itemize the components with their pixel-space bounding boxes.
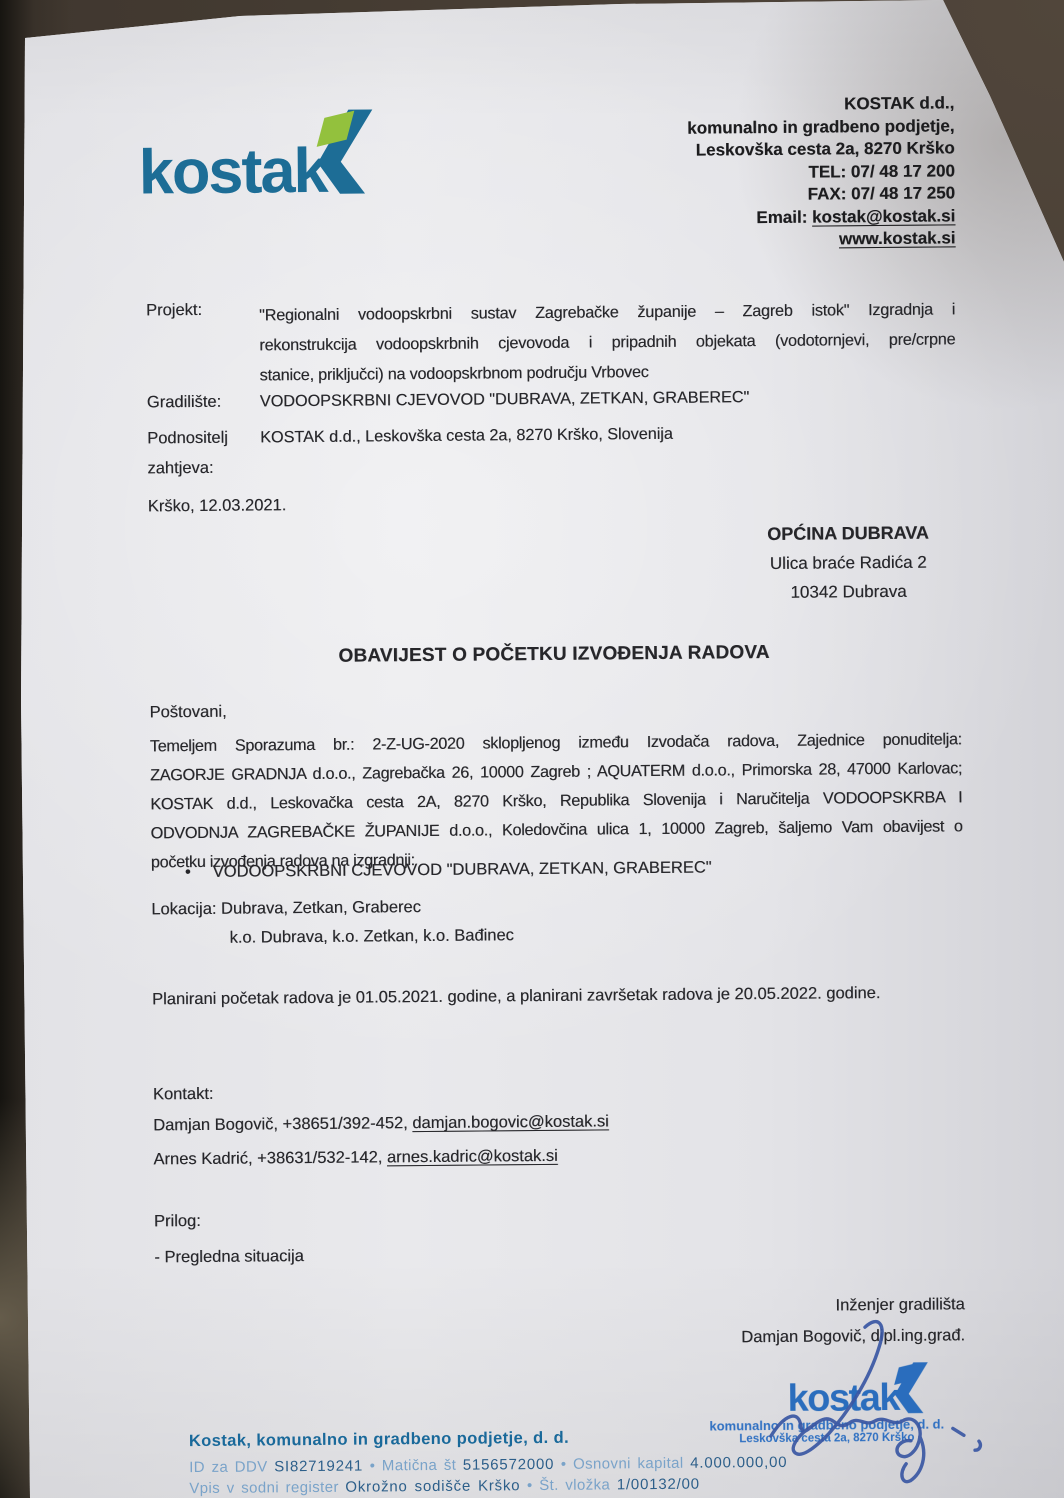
projekt-label: Projekt: [146,301,202,320]
bullet-icon: • [185,863,191,881]
recipient-block: OPĆINA DUBRAVA Ulica braće Radića 2 1034… [698,518,999,608]
attachment-item: - Pregledna situacija [154,1247,304,1267]
contact-person-2: Arnes Kadrić, +38631/532-142, arnes.kadr… [153,1147,557,1170]
bullet-item: •VODOOPSKRBNI CJEVOVOD "DUBRAVA, ZETKAN,… [185,859,712,883]
main-paragraph: Temeljem Sporazuma br.: 2-Z-UG-2020 sklo… [150,725,963,877]
kostak-logo: kostak [138,97,377,204]
kostak-k-icon [310,103,377,200]
letterhead-email-row: Email: kostak@kostak.si [688,205,955,230]
letterhead-address: Leskovška cesta 2a, 8270 Krško [687,137,954,162]
footer-id-label: ID za DDV [189,1458,274,1476]
footer-registry-line1: ID za DDV SI82719241 • Matična št 515657… [189,1454,787,1476]
footer-id-value: SI82719241 [274,1458,363,1476]
footer-vlozka-value: 1/00132/00 [617,1476,700,1494]
bullet-text: VODOOPSKRBNI CJEVOVOD "DUBRAVA, ZETKAN, … [213,859,712,881]
contact1-email-link: damjan.bogovic@kostak.si [412,1112,609,1132]
gradiliste-label: Gradilište: [147,393,221,413]
kostak-logo-text: kostak [139,140,327,205]
letterhead-tel: TEL: 07/ 48 17 200 [687,160,954,185]
letterhead-website-row: www.kostak.si [688,227,955,252]
email-label: Email: [756,207,812,226]
recipient-name: OPĆINA DUBRAVA [698,518,998,550]
letterhead-company: KOSTAK d.d., [687,92,954,117]
location-line: Lokacija: Dubrava, Zetkan, Graberec [151,898,421,919]
document-title: OBAVIJEST O POČETKU IZVOĐENJA RADOVA [149,640,959,669]
footer-separator: • [520,1477,539,1494]
attachment-label: Prilog: [154,1212,201,1231]
footer-maticna-value: 5156572000 [463,1456,555,1474]
footer-register-value: Okrožno sodišče Krško [345,1477,520,1496]
projekt-value: "Regionalni vodoopskrbni sustav Zagrebač… [259,294,956,390]
projekt-line: rekonstrukcija vodoopskrbnih cjevovoda i… [259,324,955,360]
contact1-name: Damjan Bogovič, +38651/392-452, [153,1114,412,1134]
website-link: www.kostak.si [839,228,956,248]
contact2-email-link: arnes.kadric@kostak.si [387,1147,558,1166]
letterhead-subtitle: komunalno in gradbeno podjetje, [687,115,954,140]
footer-registry-line2: Vpis v sodni register Okrožno sodišče Kr… [189,1475,787,1497]
footer-block: Kostak, komunalno in gradbeno podjetje, … [189,1427,788,1497]
cadastral-line: k.o. Dubrava, k.o. Zetkan, k.o. Bađinec [229,926,513,947]
email-link: kostak@kostak.si [812,206,955,226]
footer-kapital-label: Osnovni kapital [573,1455,690,1473]
salutation: Poštovani, [149,703,226,723]
footer-company: Kostak, komunalno in gradbeno podjetje, … [189,1427,787,1451]
recipient-city: 10342 Dubrava [698,576,998,608]
footer-maticna-label: Matična št [382,1457,463,1475]
footer-separator: • [363,1457,382,1474]
contact-person-1: Damjan Bogovič, +38651/392-452, damjan.b… [153,1112,609,1135]
contact2-name: Arnes Kadrić, +38631/532-142, [153,1148,387,1168]
place-date: Krško, 12.03.2021. [148,496,287,516]
podnositelj-label-line1: Podnositelj [147,429,228,449]
letterhead-fax: FAX: 07/ 48 17 250 [688,182,955,207]
footer-vlozka-label: Št. vložka [539,1476,617,1494]
footer-kapital-value: 4.000.000,00 [690,1454,787,1472]
projekt-line: stanice, priključci) na vodoopskrbnom po… [260,354,956,390]
contact-label: Kontakt: [153,1085,214,1105]
gradiliste-value: VODOOPSKRBNI CJEVOVOD "DUBRAVA, ZETKAN, … [260,386,956,411]
podnositelj-value: KOSTAK d.d., Leskovška cesta 2a, 8270 Kr… [260,422,956,447]
photographed-letter: kostak KOSTAK d.d., komunalno in gradben… [0,0,1064,1498]
schedule-line: Planirani početak radova je 01.05.2021. … [152,984,880,1009]
podnositelj-label-line2: zahtjeva: [147,459,213,479]
recipient-street: Ulica braće Radića 2 [698,547,998,579]
footer-separator: • [554,1456,573,1473]
letterhead-block: KOSTAK d.d., komunalno in gradbeno podje… [687,92,956,252]
footer-register-label: Vpis v sodni register [189,1479,345,1497]
